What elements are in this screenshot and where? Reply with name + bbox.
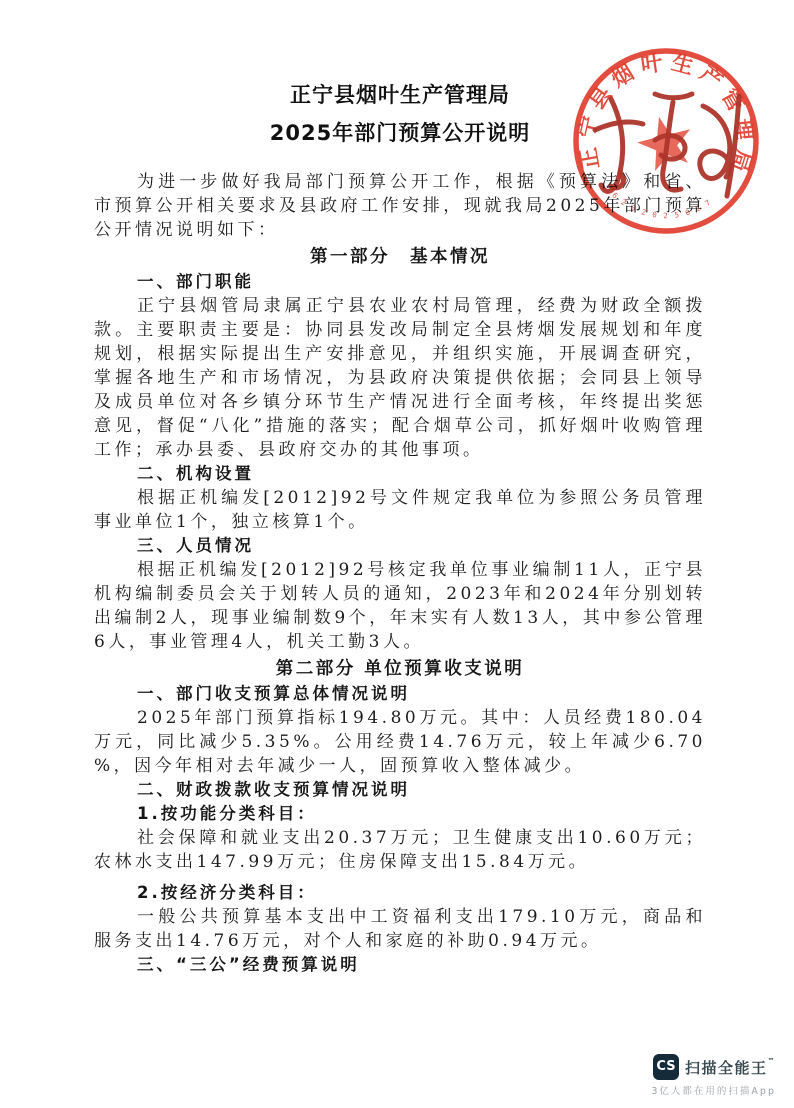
section-heading: 三、人员情况 [94, 534, 706, 558]
document-column: 正宁县烟叶生产管理局 2025年部门预算公开说明 为进一步做好我局部门预算公开工… [94, 76, 706, 977]
paragraph: 社会保障和就业支出20.37万元；卫生健康支出10.60万元；农林水支出147.… [94, 826, 706, 874]
paragraph: 根据正机编发[2012]92号文件规定我单位为参照公务员管理事业单位1个，独立核… [94, 486, 706, 534]
paragraph: 为进一步做好我局部门预算公开工作，根据《预算法》和省、市预算公开相关要求及县政府… [94, 170, 706, 242]
paragraph: 正宁县烟管局隶属正宁县农业农村局管理，经费为财政全额拨款。主要职责主要是：协同县… [94, 294, 706, 462]
trademark-symbol: ™ [768, 1057, 777, 1065]
paragraph: 2025年部门预算指标194.80万元。其中：人员经费180.04万元，同比减少… [94, 706, 706, 778]
section-heading: 2.按经济分类科目： [94, 881, 706, 905]
camscanner-logo-icon: CS [653, 1054, 679, 1080]
section-heading: 三、“三公”经费预算说明 [94, 953, 706, 977]
document-title-line-1: 正宁县烟叶生产管理局 [94, 76, 706, 114]
camscanner-logo-text: CS [656, 1059, 675, 1074]
camscanner-name-text: 扫描全能王 [685, 1059, 768, 1077]
document-title-line-2: 2025年部门预算公开说明 [94, 114, 706, 152]
document-title: 正宁县烟叶生产管理局 2025年部门预算公开说明 [94, 76, 706, 152]
paragraph: 根据正机编发[2012]92号核定我单位事业编制11人，正宁县机构编制委员会关于… [94, 558, 706, 654]
section-heading: 一、部门职能 [94, 270, 706, 294]
camscanner-watermark: CS 扫描全能王™ 3亿人都在用的扫描App [651, 1054, 776, 1097]
camscanner-tagline: 3亿人都在用的扫描App [651, 1083, 776, 1097]
paragraph: 一般公共预算基本支出中工资福利支出179.10万元，商品和服务支出14.76万元… [94, 905, 706, 953]
part-heading: 第二部分 单位预算收支说明 [94, 657, 706, 681]
document-body: 为进一步做好我局部门预算公开工作，根据《预算法》和省、市预算公开相关要求及县政府… [94, 170, 706, 977]
camscanner-app-name: 扫描全能王™ [685, 1057, 776, 1078]
part-heading: 第一部分 基本情况 [94, 245, 706, 269]
section-heading: 二、机构设置 [94, 462, 706, 486]
section-heading: 二、财政拨款收支预算情况说明 [94, 778, 706, 802]
scanned-document-page: 正宁县烟叶生产管理局 2025年部门预算公开说明 为进一步做好我局部门预算公开工… [0, 0, 794, 1108]
section-heading: 一、部门收支预算总体情况说明 [94, 682, 706, 706]
section-heading: 1.按功能分类科目： [94, 802, 706, 826]
